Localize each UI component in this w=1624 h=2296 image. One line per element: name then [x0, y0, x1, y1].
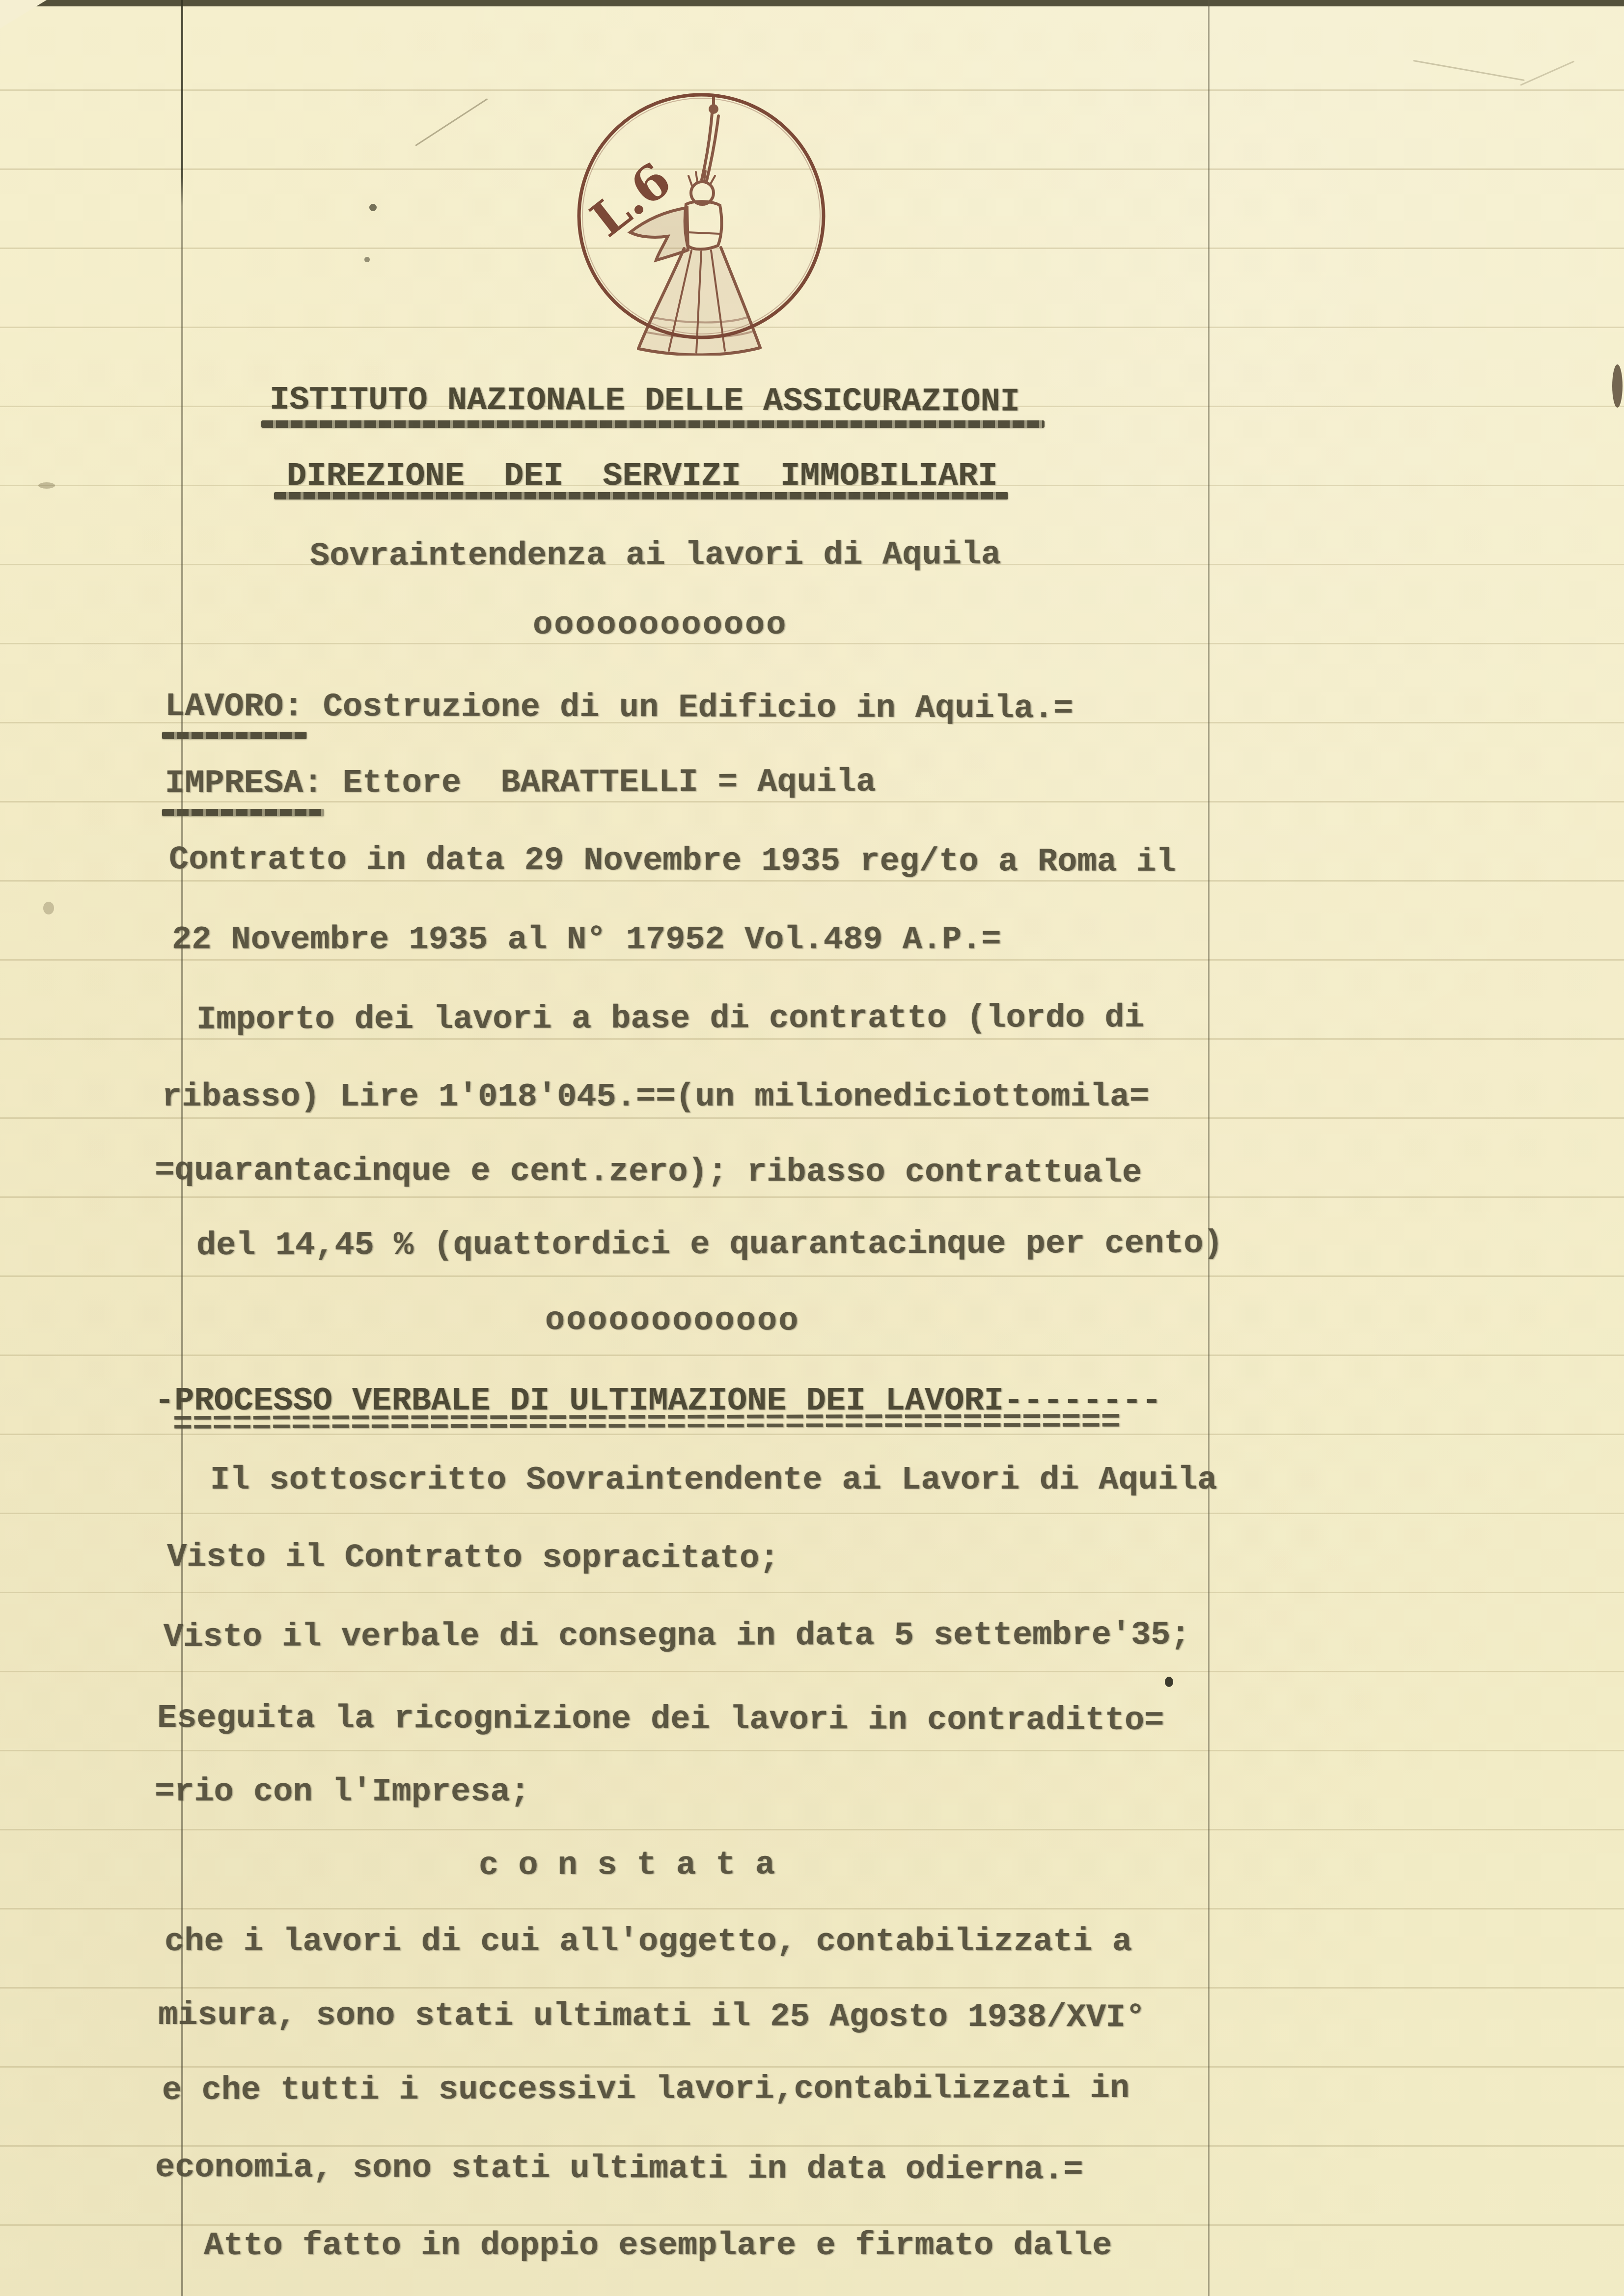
- text-line: Visto il verbale di consegna in data 5 s…: [164, 1619, 1190, 1654]
- text-line: LAVORO: Costruzione di un Edificio in Aq…: [165, 691, 1073, 726]
- text-line: che i lavori di cui all'oggetto, contabi…: [165, 1926, 1132, 1959]
- ink-speck: [38, 482, 55, 489]
- ruled-line: [0, 1987, 1624, 1989]
- ruled-line: [0, 1196, 1624, 1198]
- text-line: DIREZIONE DEI SERVIZI IMMOBILIARI: [287, 460, 997, 493]
- ruled-line: [0, 643, 1624, 644]
- underline-stroke: [162, 732, 307, 739]
- text-line: e che tutti i successivi lavori,contabil…: [162, 2073, 1129, 2107]
- stamp-figure: [630, 95, 760, 355]
- ruled-line: [0, 1275, 1624, 1277]
- scratch-mark: [1520, 60, 1574, 86]
- torn-corner: [0, 0, 47, 28]
- document-page: L.6 ISTITUTO NAZIONALE DELLE ASSICURAZIO…: [0, 0, 1624, 2296]
- ruled-line: [0, 1355, 1624, 1356]
- ruled-line: [0, 1750, 1624, 1751]
- underline-stroke: [261, 420, 1045, 428]
- text-line: Il sottoscritto Sovraintendente ai Lavor…: [210, 1464, 1217, 1497]
- scratch-mark: [1413, 60, 1525, 81]
- ruled-line: [0, 2224, 1624, 2226]
- text-line: ribasso) Lire 1'018'045.==(un milionedic…: [162, 1081, 1149, 1114]
- text-line: c o n s t a t a: [479, 1849, 775, 1882]
- scratch-mark: [415, 98, 488, 146]
- ruled-line: [0, 2066, 1624, 2068]
- text-line: Atto fatto in doppio esemplare e firmato…: [204, 2230, 1112, 2263]
- ink-speck: [43, 902, 54, 914]
- ruled-line: [0, 880, 1624, 882]
- right-margin-ruled-line: [1208, 0, 1210, 2296]
- ink-speck: [369, 204, 377, 211]
- text-line: =rio con l'Impresa;: [155, 1776, 530, 1809]
- ruled-line: [0, 959, 1624, 961]
- text-line: =quarantacinque e cent.zero); ribasso co…: [155, 1155, 1142, 1190]
- text-line: 22 Novembre 1935 al N° 17952 Vol.489 A.P…: [172, 924, 1001, 957]
- ruled-line: [0, 2145, 1624, 2147]
- text-line: economia, sono stati ultimati in data od…: [155, 2152, 1083, 2187]
- text-line: Eseguita la ricognizione dei lavori in c…: [157, 1702, 1164, 1738]
- text-line: misura, sono stati ultimati il 25 Agosto…: [158, 1999, 1145, 2035]
- text-line: Sovraintendenza ai lavori di Aquila: [310, 539, 1001, 573]
- text-line: Contratto in data 29 Novembre 1935 reg/t…: [169, 844, 1176, 879]
- underline-stroke: [162, 809, 324, 816]
- ruled-line: [0, 1829, 1624, 1830]
- text-line: Visto il Contratto sopracitato;: [167, 1541, 779, 1576]
- ruled-line: [0, 1117, 1624, 1119]
- ink-speck: [1165, 1677, 1173, 1687]
- text-line: Importo dei lavori a base di contratto (…: [196, 1002, 1144, 1037]
- text-line: oooooooooooo: [533, 609, 787, 642]
- ruled-line: [0, 1592, 1624, 1593]
- text-line: IMPRESA: Ettore BARATTELLI = Aquila: [165, 766, 876, 801]
- scan-top-edge: [0, 0, 1624, 6]
- text-line: ========================================…: [173, 1407, 1121, 1441]
- text-line: del 14,45 % (quattordici e quarantacinqu…: [196, 1228, 1223, 1263]
- ruled-line: [0, 1671, 1624, 1672]
- left-margin-ruled-line: [181, 0, 183, 2296]
- ruled-line: [0, 1908, 1624, 1909]
- ina-stamp: L.6: [565, 83, 838, 356]
- text-line: ISTITUTO NAZIONALE DELLE ASSICURAZIONI: [270, 384, 1020, 419]
- text-line: oooooooooooo: [545, 1304, 800, 1338]
- ruled-line: [0, 1513, 1624, 1514]
- ink-speck: [364, 257, 370, 262]
- ink-speck: [1612, 364, 1623, 408]
